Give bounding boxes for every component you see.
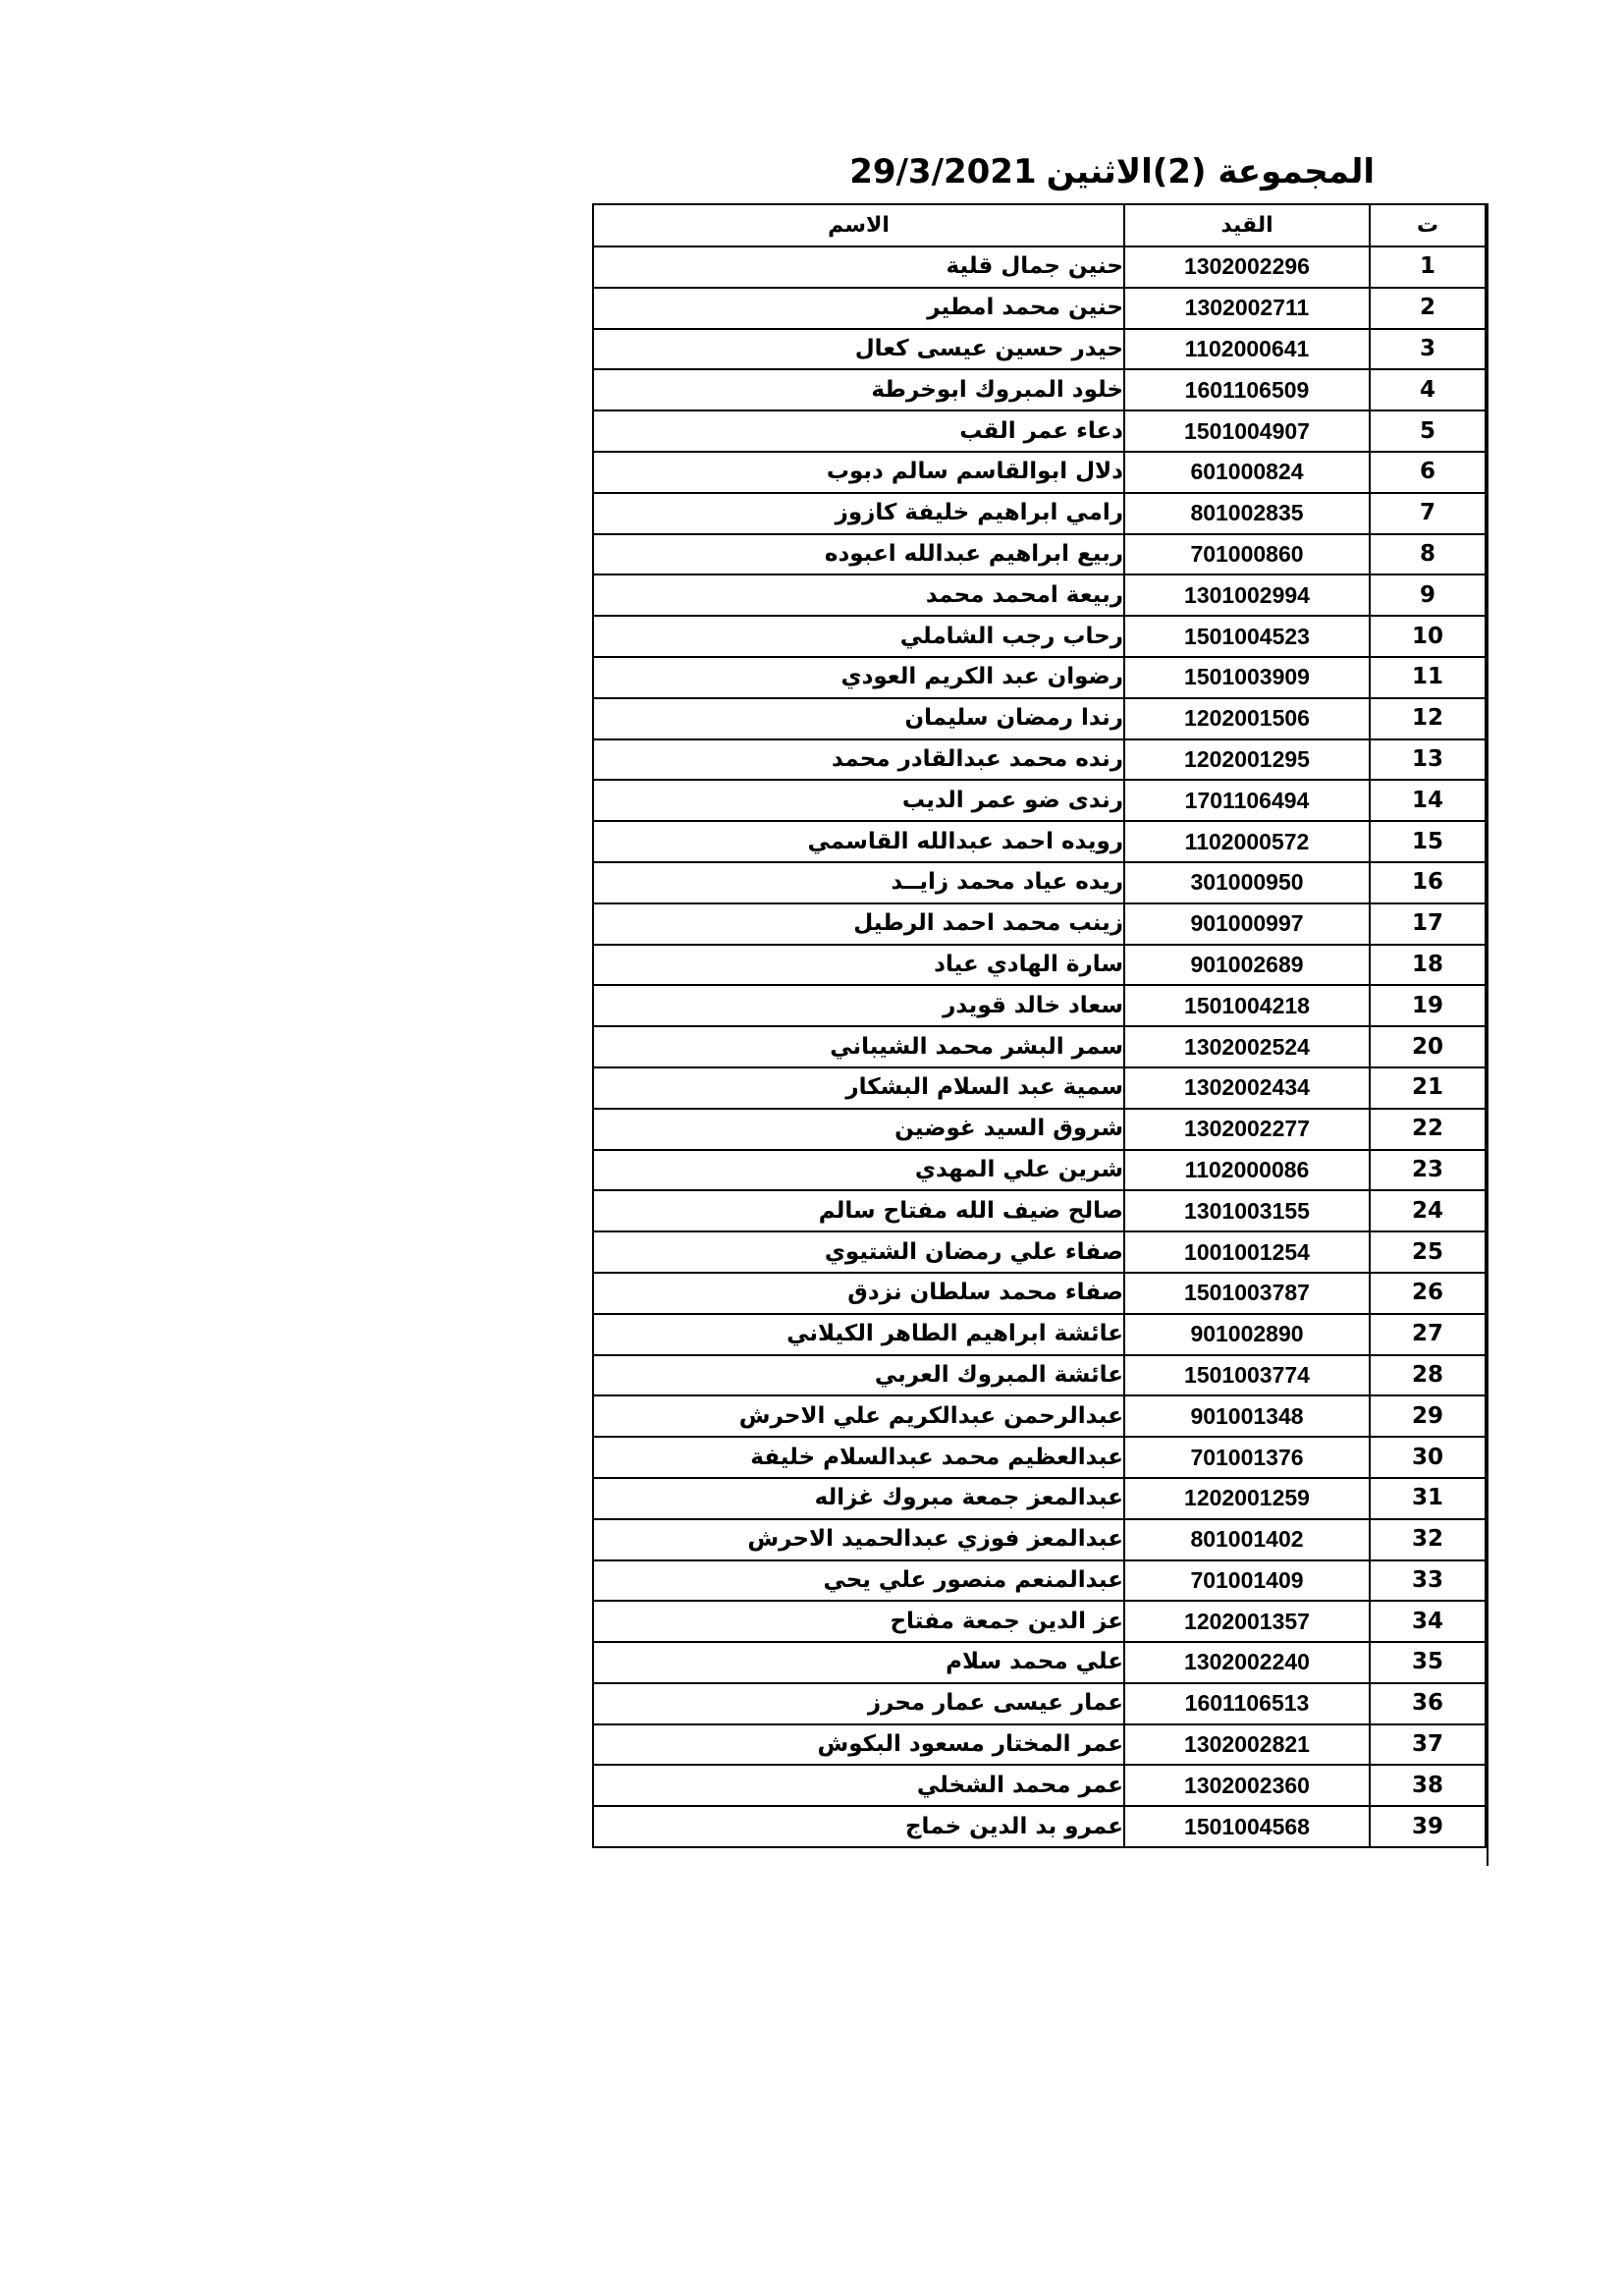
- row-index: 9: [1370, 574, 1486, 616]
- table-row: 31 1202001259 عبدالمعز جمعة مبروك غزاله: [593, 1478, 1486, 1519]
- header-index: ت: [1370, 204, 1486, 246]
- table-row: 27 901002890 عائشة ابراهيم الطاهر الكيلا…: [593, 1314, 1486, 1355]
- row-name: صفاء محمد سلطان نزدق: [593, 1273, 1124, 1314]
- row-id: 1501003787: [1124, 1273, 1370, 1314]
- row-id: 701001409: [1124, 1560, 1370, 1602]
- row-name: سارة الهادي عياد: [593, 945, 1124, 986]
- row-name: عمرو بد الدين خماج: [593, 1806, 1124, 1847]
- row-id: 301000950: [1124, 862, 1370, 903]
- row-name: رويده احمد عبدالله القاسمي: [593, 821, 1124, 862]
- row-index: 7: [1370, 493, 1486, 534]
- table-row: 13 1202001295 رنده محمد عبدالقادر محمد: [593, 739, 1486, 781]
- row-index: 13: [1370, 739, 1486, 781]
- row-index: 32: [1370, 1519, 1486, 1560]
- table-row: 37 1302002821 عمر المختار مسعود البكوش: [593, 1724, 1486, 1766]
- row-index: 24: [1370, 1190, 1486, 1231]
- table-row: 36 1601106513 عمار عيسى عمار محرز: [593, 1683, 1486, 1724]
- row-id: 1501003909: [1124, 657, 1370, 698]
- row-id: 1501004568: [1124, 1806, 1370, 1847]
- table-row: 26 1501003787 صفاء محمد سلطان نزدق: [593, 1273, 1486, 1314]
- table-row: 9 1301002994 ربيعة امحمد محمد: [593, 574, 1486, 616]
- table-row: 11 1501003909 رضوان عبد الكريم العودي: [593, 657, 1486, 698]
- row-name: شرين علي المهدي: [593, 1150, 1124, 1191]
- row-name: ربيعة امحمد محمد: [593, 574, 1124, 616]
- row-name: دلال ابوالقاسم سالم دبوب: [593, 452, 1124, 493]
- table-row: 3 1102000641 حيدر حسين عيسى كعال: [593, 329, 1486, 370]
- row-id: 901000997: [1124, 903, 1370, 945]
- table-row: 29 901001348 عبدالرحمن عبدالكريم علي الا…: [593, 1395, 1486, 1437]
- row-index: 25: [1370, 1231, 1486, 1273]
- table-row: 16 301000950 ريده عياد محمد زايــد: [593, 862, 1486, 903]
- row-id: 1302002524: [1124, 1026, 1370, 1067]
- row-id: 1301003155: [1124, 1190, 1370, 1231]
- row-name: صالح ضيف الله مفتاح سالم: [593, 1190, 1124, 1231]
- row-id: 1202001506: [1124, 698, 1370, 739]
- table-row: 10 1501004523 رحاب رجب الشاملي: [593, 616, 1486, 657]
- row-id: 1302002711: [1124, 288, 1370, 329]
- table-row: 20 1302002524 سمر البشر محمد الشيباني: [593, 1026, 1486, 1067]
- table-row: 15 1102000572 رويده احمد عبدالله القاسمي: [593, 821, 1486, 862]
- row-name: علي محمد سلام: [593, 1642, 1124, 1683]
- table-row: 33 701001409 عبدالمنعم منصور علي يحي: [593, 1560, 1486, 1602]
- row-index: 6: [1370, 452, 1486, 493]
- table-row: 39 1501004568 عمرو بد الدين خماج: [593, 1806, 1486, 1847]
- row-index: 26: [1370, 1273, 1486, 1314]
- table-row: 21 1302002434 سمية عبد السلام البشكار: [593, 1067, 1486, 1109]
- row-name: سعاد خالد قويدر: [593, 985, 1124, 1026]
- row-name: حيدر حسين عيسى كعال: [593, 329, 1124, 370]
- row-name: عائشة المبروك العربي: [593, 1355, 1124, 1396]
- row-name: عبدالمعز فوزي عبدالحميد الاحرش: [593, 1519, 1124, 1560]
- row-index: 17: [1370, 903, 1486, 945]
- row-id: 901001348: [1124, 1395, 1370, 1437]
- row-index: 2: [1370, 288, 1486, 329]
- row-id: 1302002434: [1124, 1067, 1370, 1109]
- row-name: رامي ابراهيم خليفة كازوز: [593, 493, 1124, 534]
- title-group-text: المجموعة (2)الاثنين: [1047, 152, 1375, 191]
- row-id: 801002835: [1124, 493, 1370, 534]
- row-name: عز الدين جمعة مفتاح: [593, 1601, 1124, 1642]
- table-row: 18 901002689 سارة الهادي عياد: [593, 945, 1486, 986]
- row-index: 5: [1370, 410, 1486, 452]
- row-name: رضوان عبد الكريم العودي: [593, 657, 1124, 698]
- row-index: 21: [1370, 1067, 1486, 1109]
- row-name: ريده عياد محمد زايــد: [593, 862, 1124, 903]
- table-row: 2 1302002711 حنين محمد امطير: [593, 288, 1486, 329]
- row-name: دعاء عمر القب: [593, 410, 1124, 452]
- row-id: 1501004523: [1124, 616, 1370, 657]
- table-row: 23 1102000086 شرين علي المهدي: [593, 1150, 1486, 1191]
- title-date: 29/3/2021: [849, 152, 1036, 191]
- student-roster-table: ت القيد الاسم 1 1302002296 حنين جمال قلي…: [592, 203, 1487, 1848]
- row-index: 20: [1370, 1026, 1486, 1067]
- table-row: 8 701000860 ربيع ابراهيم عبدالله اعبوده: [593, 534, 1486, 575]
- row-index: 11: [1370, 657, 1486, 698]
- row-name: عمر المختار مسعود البكوش: [593, 1724, 1124, 1766]
- row-id: 1102000641: [1124, 329, 1370, 370]
- row-index: 29: [1370, 1395, 1486, 1437]
- row-id: 1102000086: [1124, 1150, 1370, 1191]
- row-name: عبدالمنعم منصور علي يحي: [593, 1560, 1124, 1602]
- row-id: 1501003774: [1124, 1355, 1370, 1396]
- row-name: عائشة ابراهيم الطاهر الكيلاني: [593, 1314, 1124, 1355]
- row-index: 14: [1370, 780, 1486, 821]
- row-index: 34: [1370, 1601, 1486, 1642]
- row-index: 16: [1370, 862, 1486, 903]
- row-id: 1102000572: [1124, 821, 1370, 862]
- row-index: 19: [1370, 985, 1486, 1026]
- row-id: 1601106509: [1124, 369, 1370, 410]
- row-id: 1202001295: [1124, 739, 1370, 781]
- row-index: 38: [1370, 1765, 1486, 1806]
- row-name: عبدالمعز جمعة مبروك غزاله: [593, 1478, 1124, 1519]
- table-row: 14 1701106494 رندى ضو عمر الديب: [593, 780, 1486, 821]
- table-row: 4 1601106509 خلود المبروك ابوخرطة: [593, 369, 1486, 410]
- row-id: 701001376: [1124, 1437, 1370, 1478]
- row-id: 601000824: [1124, 452, 1370, 493]
- row-name: سمر البشر محمد الشيباني: [593, 1026, 1124, 1067]
- table-row: 1 1302002296 حنين جمال قلية: [593, 246, 1486, 288]
- row-index: 31: [1370, 1478, 1486, 1519]
- row-index: 35: [1370, 1642, 1486, 1683]
- row-index: 15: [1370, 821, 1486, 862]
- row-name: عمر محمد الشخلي: [593, 1765, 1124, 1806]
- row-index: 27: [1370, 1314, 1486, 1355]
- row-name: رندى ضو عمر الديب: [593, 780, 1124, 821]
- table-row: 22 1302002277 شروق السيد غوضين: [593, 1109, 1486, 1150]
- table-row: 38 1302002360 عمر محمد الشخلي: [593, 1765, 1486, 1806]
- table-row: 7 801002835 رامي ابراهيم خليفة كازوز: [593, 493, 1486, 534]
- table-row: 34 1202001357 عز الدين جمعة مفتاح: [593, 1601, 1486, 1642]
- table-right-border-line: [1487, 203, 1489, 1866]
- row-name: صفاء علي رمضان الشتيوي: [593, 1231, 1124, 1273]
- table-row: 6 601000824 دلال ابوالقاسم سالم دبوب: [593, 452, 1486, 493]
- table-row: 12 1202001506 رندا رمضان سليمان: [593, 698, 1486, 739]
- row-id: 1501004218: [1124, 985, 1370, 1026]
- row-id: 801001402: [1124, 1519, 1370, 1560]
- row-index: 12: [1370, 698, 1486, 739]
- row-name: زينب محمد احمد الرطيل: [593, 903, 1124, 945]
- row-id: 1001001254: [1124, 1231, 1370, 1273]
- row-name: حنين محمد امطير: [593, 288, 1124, 329]
- row-index: 8: [1370, 534, 1486, 575]
- header-name: الاسم: [593, 204, 1124, 246]
- row-index: 18: [1370, 945, 1486, 986]
- row-id: 1302002360: [1124, 1765, 1370, 1806]
- table-row: 24 1301003155 صالح ضيف الله مفتاح سالم: [593, 1190, 1486, 1231]
- row-index: 30: [1370, 1437, 1486, 1478]
- row-id: 1701106494: [1124, 780, 1370, 821]
- row-name: رندا رمضان سليمان: [593, 698, 1124, 739]
- row-name: عبدالعظيم محمد عبدالسلام خليفة: [593, 1437, 1124, 1478]
- row-name: رحاب رجب الشاملي: [593, 616, 1124, 657]
- table-body: 1 1302002296 حنين جمال قلية 2 1302002711…: [593, 246, 1486, 1847]
- row-id: 1501004907: [1124, 410, 1370, 452]
- row-index: 33: [1370, 1560, 1486, 1602]
- row-id: 1302002821: [1124, 1724, 1370, 1766]
- row-index: 37: [1370, 1724, 1486, 1766]
- row-name: حنين جمال قلية: [593, 246, 1124, 288]
- row-name: ربيع ابراهيم عبدالله اعبوده: [593, 534, 1124, 575]
- row-id: 701000860: [1124, 534, 1370, 575]
- table-row: 25 1001001254 صفاء علي رمضان الشتيوي: [593, 1231, 1486, 1273]
- table-row: 28 1501003774 عائشة المبروك العربي: [593, 1355, 1486, 1396]
- row-name: رنده محمد عبدالقادر محمد: [593, 739, 1124, 781]
- row-name: خلود المبروك ابوخرطة: [593, 369, 1124, 410]
- row-index: 3: [1370, 329, 1486, 370]
- page-title: المجموعة (2)الاثنين29/3/2021: [550, 147, 1375, 196]
- row-id: 1302002296: [1124, 246, 1370, 288]
- table-row: 35 1302002240 علي محمد سلام: [593, 1642, 1486, 1683]
- table-row: 5 1501004907 دعاء عمر القب: [593, 410, 1486, 452]
- row-name: شروق السيد غوضين: [593, 1109, 1124, 1150]
- row-index: 39: [1370, 1806, 1486, 1847]
- row-index: 23: [1370, 1150, 1486, 1191]
- header-id: القيد: [1124, 204, 1370, 246]
- row-name: عبدالرحمن عبدالكريم علي الاحرش: [593, 1395, 1124, 1437]
- row-index: 28: [1370, 1355, 1486, 1396]
- row-name: سمية عبد السلام البشكار: [593, 1067, 1124, 1109]
- table-header-row: ت القيد الاسم: [593, 204, 1486, 246]
- row-index: 1: [1370, 246, 1486, 288]
- row-id: 1202001357: [1124, 1601, 1370, 1642]
- row-id: 1601106513: [1124, 1683, 1370, 1724]
- row-name: عمار عيسى عمار محرز: [593, 1683, 1124, 1724]
- table-row: 19 1501004218 سعاد خالد قويدر: [593, 985, 1486, 1026]
- table-row: 32 801001402 عبدالمعز فوزي عبدالحميد الا…: [593, 1519, 1486, 1560]
- row-index: 10: [1370, 616, 1486, 657]
- row-index: 36: [1370, 1683, 1486, 1724]
- row-index: 4: [1370, 369, 1486, 410]
- row-index: 22: [1370, 1109, 1486, 1150]
- row-id: 901002689: [1124, 945, 1370, 986]
- row-id: 1302002277: [1124, 1109, 1370, 1150]
- row-id: 901002890: [1124, 1314, 1370, 1355]
- table-row: 30 701001376 عبدالعظيم محمد عبدالسلام خل…: [593, 1437, 1486, 1478]
- row-id: 1301002994: [1124, 574, 1370, 616]
- table-row: 17 901000997 زينب محمد احمد الرطيل: [593, 903, 1486, 945]
- row-id: 1202001259: [1124, 1478, 1370, 1519]
- row-id: 1302002240: [1124, 1642, 1370, 1683]
